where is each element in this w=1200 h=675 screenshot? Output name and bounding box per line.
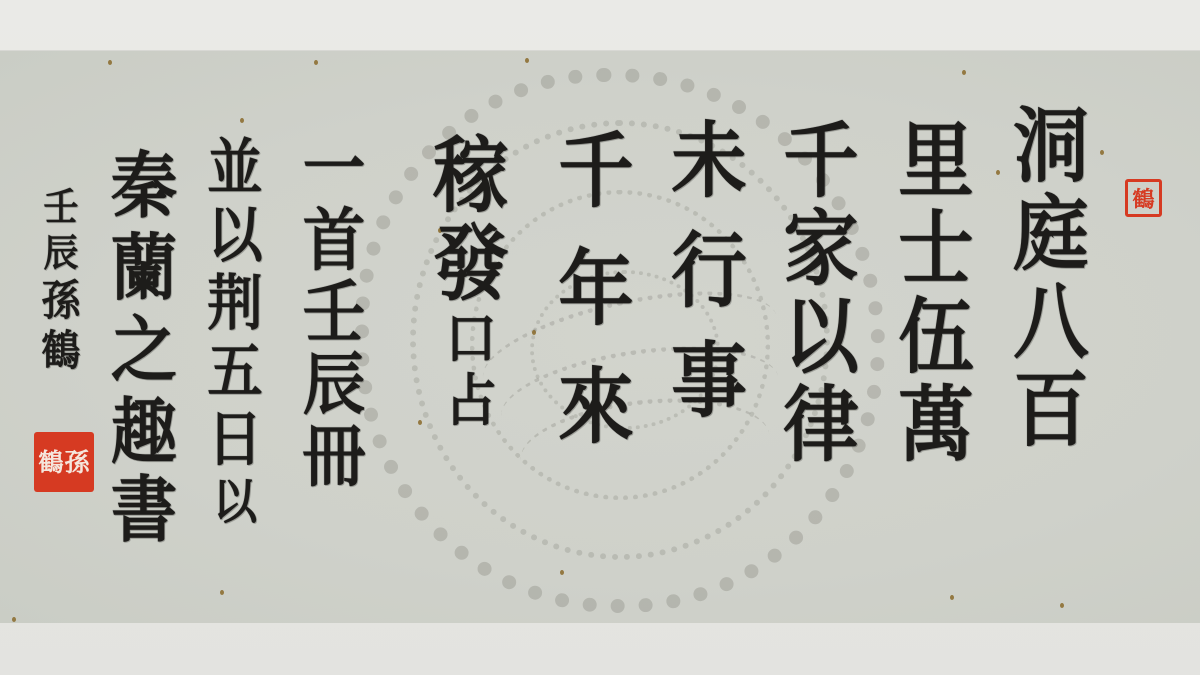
calligraphy-char: 並 [207,138,262,198]
calligraphy-char: 壬 [303,279,366,347]
seal-char: 鶴 [1132,183,1154,214]
calligraphy-char: 書 [111,474,177,546]
seal-char: 孫 [64,450,90,475]
paper-speck [418,420,422,425]
calligraphy-char: 口 [445,311,497,367]
paper-speck [314,60,318,65]
calligraphy-char: 事 [671,340,746,422]
calligraphy-column-2: 里 士 伍 萬 [895,120,977,472]
calligraphy-char: 洞 [1013,105,1088,187]
calligraphy-char: 日 [207,410,262,470]
calligraphy-char: 趣 [111,396,177,468]
paper-speck [240,118,244,123]
calligraphy-char: 之 [111,314,177,386]
paper-speck [12,617,16,622]
calligraphy-char: 以 [783,296,858,378]
paper-speck [532,330,536,335]
calligraphy-column-5: 千 年 來 [555,130,637,454]
calligraphy-char: 年 [558,248,633,330]
artist-signature: 壬 辰 孫 鶴 [40,188,82,382]
signature-char: 孫 [42,280,81,322]
calligraphy-char: 以 [207,206,262,266]
calligraphy-char: 首 [303,207,366,275]
calligraphy-char: 萬 [898,384,973,466]
seal-char: 鶴 [38,450,64,475]
calligraphy-char: 家 [783,208,858,290]
paper-speck [108,60,112,65]
signature-char: 壬 [44,188,79,226]
paper-speck [220,590,224,595]
paper-speck [1060,603,1064,608]
calligraphy-paper: 洞 庭 八 百 里 士 伍 萬 千 家 以 律 未 行 事 千 年 來 稼 [0,50,1200,623]
calligraphy-char: 荆 [207,274,262,334]
calligraphy-char: 里 [898,120,973,202]
calligraphy-char: 百 [1013,369,1088,451]
calligraphy-char: 辰 [303,351,366,419]
paper-speck [1100,150,1104,155]
calligraphy-char: 秦 [111,150,177,222]
calligraphy-column-9: 秦 蘭 之 趣 書 [108,150,180,552]
calligraphy-char: 稼 [433,135,508,217]
seal-stamp-artist: 鶴 孫 [34,432,94,492]
calligraphy-char: 八 [1013,281,1088,363]
calligraphy-column-7: 一 首 壬 辰 冊 [300,135,368,495]
paper-speck [996,170,1000,175]
calligraphy-char: 占 [445,373,497,429]
calligraphy-char: 士 [898,208,973,290]
calligraphy-char: 庭 [1013,193,1088,275]
calligraphy-char: 以 [213,478,257,526]
seal-stamp-top: 鶴 [1125,179,1162,217]
calligraphy-column-6: 稼 發 口 占 [430,135,512,435]
paper-speck [962,70,966,75]
calligraphy-char: 一 [303,135,366,203]
signature-char: 辰 [44,234,79,272]
paper-speck [525,58,529,63]
calligraphy-char: 蘭 [111,232,177,304]
calligraphy-char: 未 [671,120,746,202]
signature-char: 鶴 [42,330,81,372]
calligraphy-char: 律 [783,384,858,466]
calligraphy-column-1: 洞 庭 八 百 [1010,105,1092,457]
calligraphy-char: 發 [433,223,508,305]
calligraphy-column-3: 千 家 以 律 [780,120,862,472]
calligraphy-char: 千 [558,130,633,212]
calligraphy-char: 行 [671,230,746,312]
calligraphy-char: 來 [558,366,633,448]
calligraphy-char: 千 [783,120,858,202]
calligraphy-char: 冊 [303,423,366,491]
calligraphy-char: 伍 [898,296,973,378]
calligraphy-column-4: 未 行 事 [668,120,750,428]
calligraphy-char: 五 [207,342,262,402]
paper-speck [560,570,564,575]
paper-speck [950,595,954,600]
artwork-frame: 洞 庭 八 百 里 士 伍 萬 千 家 以 律 未 行 事 千 年 來 稼 [0,0,1200,675]
calligraphy-column-8: 並 以 荆 五 日 以 [205,138,265,532]
